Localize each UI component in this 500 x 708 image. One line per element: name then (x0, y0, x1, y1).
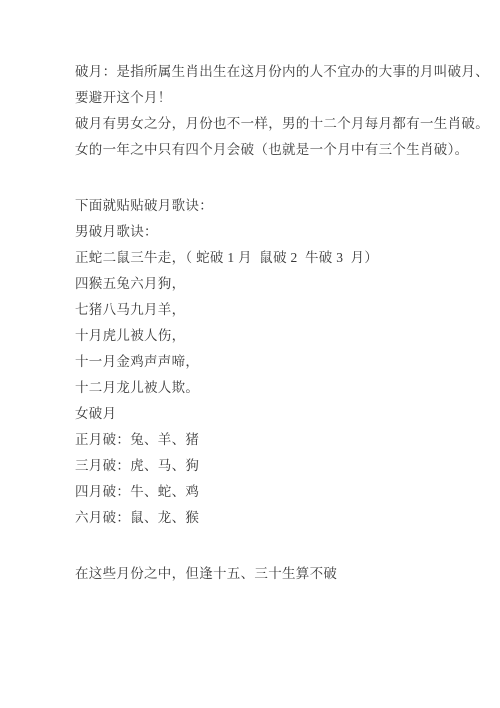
text-line-female-month-1: 正月破：兔、羊、猪 (75, 427, 480, 453)
document-page: 破月：是指所属生肖出生在这月份内的人不宜办的大事的月叫破月、 要避开这个月！ 破… (0, 0, 500, 708)
paragraph-spacer (75, 163, 480, 193)
text-line-male-song-1: 正蛇二鼠三牛走，（ 蛇破 1 月 鼠破 2 牛破 3 月） (75, 245, 480, 271)
text-line-male-song-5: 十一月金鸡声声啼， (75, 349, 480, 375)
text-line-female-title: 女破月 (75, 401, 480, 427)
text-line-female-month-6: 六月破：鼠、龙、猴 (75, 505, 480, 531)
text-line-intro-2: 要避开这个月！ (75, 85, 480, 111)
text-line-closing-note: 在这些月份之中，但逢十五、三十生算不破 (75, 561, 480, 587)
text-line-intro-3: 破月有男女之分，月份也不一样，男的十二个月每月都有一生肖破。 (75, 111, 480, 137)
text-line-female-month-3: 三月破：虎、马、狗 (75, 453, 480, 479)
text-line-intro-1: 破月：是指所属生肖出生在这月份内的人不宜办的大事的月叫破月、 (75, 59, 480, 85)
paragraph-spacer (75, 531, 480, 561)
text-line-song-intro: 下面就贴贴破月歌诀： (75, 193, 480, 219)
text-line-male-song-6: 十二月龙儿被人欺。 (75, 375, 480, 401)
text-line-male-song-4: 十月虎儿被人伤， (75, 323, 480, 349)
text-line-male-song-3: 七猪八马九月羊， (75, 297, 480, 323)
text-line-female-month-4: 四月破：牛、蛇、鸡 (75, 479, 480, 505)
text-line-intro-4: 女的一年之中只有四个月会破（也就是一个月中有三个生肖破）。 (75, 137, 480, 163)
text-line-male-song-2: 四猴五兔六月狗， (75, 271, 480, 297)
text-line-male-song-title: 男破月歌诀： (75, 219, 480, 245)
